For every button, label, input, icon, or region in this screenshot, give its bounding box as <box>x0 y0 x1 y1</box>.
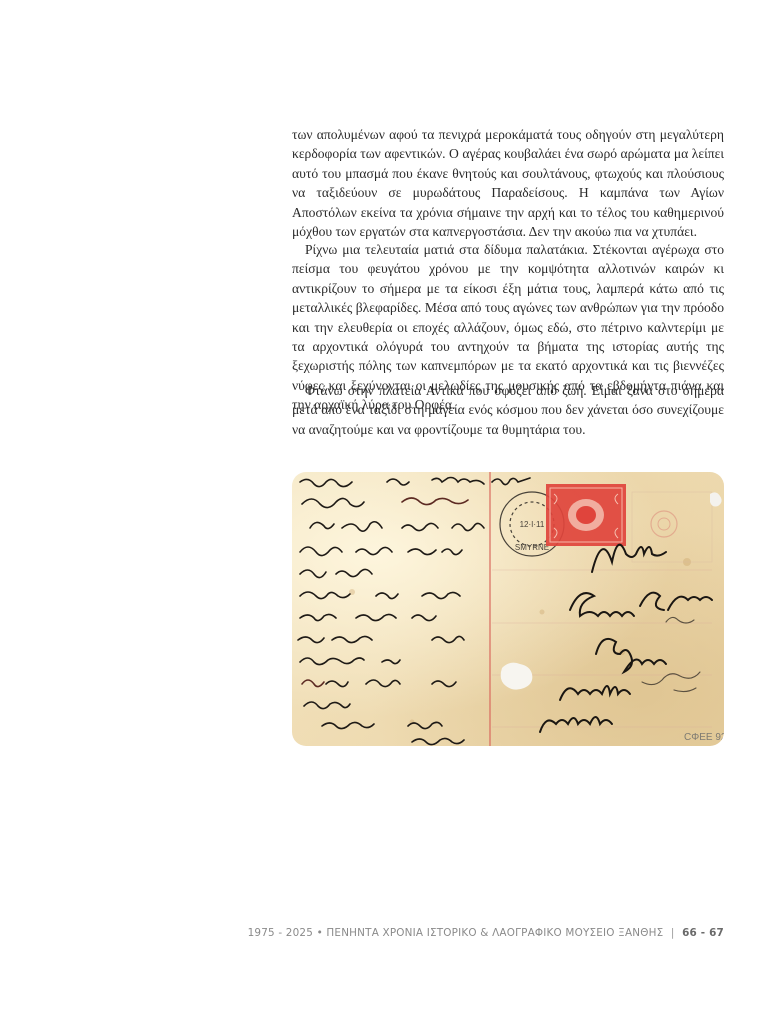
postmark-city: SMYRNE <box>515 543 549 552</box>
footer-title: ΠΕΝΗΝΤΑ ΧΡΟΝΙΑ ΙΣΤΟΡΙΚΟ & ΛΑΟΓΡΑΦΙΚΟ ΜΟΥ… <box>326 927 663 939</box>
page-footer: 1975 - 2025 • ΠΕΝΗΝΤΑ ΧΡΟΝΙΑ ΙΣΤΟΡΙΚΟ & … <box>248 927 724 939</box>
archive-mark: CΦEE 92 <box>684 732 724 743</box>
paragraph-text: των απολυμένων αφού τα πενιχρά μεροκάματ… <box>292 125 724 241</box>
ottoman-script <box>642 617 700 691</box>
paragraph-1: των απολυμένων αφού τα πενιχρά μεροκάματ… <box>292 125 724 241</box>
postage-stamp <box>546 484 626 546</box>
age-stains <box>349 558 691 725</box>
paragraph-text: Φτάνω στην πλατεία Αντίκα που σφύζει από… <box>292 381 724 439</box>
paper-damage <box>501 663 533 690</box>
footer-separator: | <box>671 927 675 939</box>
postcard-image: 12·I·11 SMYRNE <box>292 472 724 746</box>
paragraph-3: Φτάνω στην πλατεία Αντίκα που σφύζει από… <box>292 381 724 439</box>
handwriting-address <box>540 545 712 732</box>
page-numbers: 66 - 67 <box>682 927 724 939</box>
handwriting-left <box>298 478 484 745</box>
postcard-illustration: 12·I·11 SMYRNE <box>292 472 724 746</box>
footer-years: 1975 - 2025 <box>248 927 313 939</box>
document-page: των απολυμένων αφού τα πενιχρά μεροκάματ… <box>0 0 771 1024</box>
footer-bullet: • <box>317 927 323 939</box>
postmark-date: 12·I·11 <box>520 520 545 529</box>
